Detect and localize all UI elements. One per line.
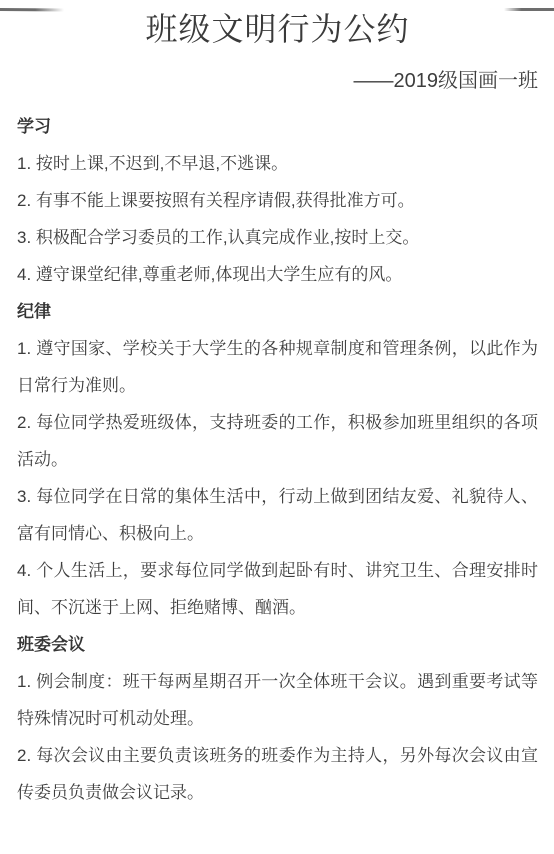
section-heading-study: 学习 [17,108,538,145]
page-subtitle: ——2019级国画一班 [17,66,538,96]
rule-item: 1. 按时上课,不迟到,不早退,不逃课。 [17,145,538,182]
rule-item: 1. 例会制度：班干每两星期召开一次全体班干会议。遇到重要考试等特殊情况时可机动… [17,663,538,737]
rule-item: 3. 每位同学在日常的集体生活中，行动上做到团结友爱、礼貌待人、富有同情心、积极… [17,478,538,552]
section-heading-discipline: 纪律 [17,293,538,330]
section-committee-meeting: 班委会议 1. 例会制度：班干每两星期召开一次全体班干会议。遇到重要考试等特殊情… [17,626,538,811]
rule-item: 2. 每位同学热爱班级体，支持班委的工作，积极参加班里组织的各项活动。 [17,404,538,478]
section-discipline: 纪律 1. 遵守国家、学校关于大学生的各种规章制度和管理条例，以此作为日常行为准… [17,293,538,626]
rule-item: 2. 有事不能上课要按照有关程序请假,获得批准方可。 [17,182,538,219]
rule-item: 4. 遵守课堂纪律,尊重老师,体现出大学生应有的风。 [17,256,538,293]
page-title: 班级文明行为公约 [17,8,538,50]
rule-item: 3. 积极配合学习委员的工作,认真完成作业,按时上交。 [17,219,538,256]
section-study: 学习 1. 按时上课,不迟到,不早退,不逃课。 2. 有事不能上课要按照有关程序… [17,108,538,293]
rule-item: 4. 个人生活上，要求每位同学做到起卧有时、讲究卫生、合理安排时间、不沉迷于上网… [17,552,538,626]
document-page: 班级文明行为公约 ——2019级国画一班 学习 1. 按时上课,不迟到,不早退,… [0,8,554,854]
document-body: 学习 1. 按时上课,不迟到,不早退,不逃课。 2. 有事不能上课要按照有关程序… [17,108,538,811]
section-heading-committee-meeting: 班委会议 [17,626,538,663]
rule-item: 1. 遵守国家、学校关于大学生的各种规章制度和管理条例，以此作为日常行为准则。 [17,330,538,404]
rule-item: 2. 每次会议由主要负责该班务的班委作为主持人，另外每次会议由宣传委员负责做会议… [17,737,538,811]
